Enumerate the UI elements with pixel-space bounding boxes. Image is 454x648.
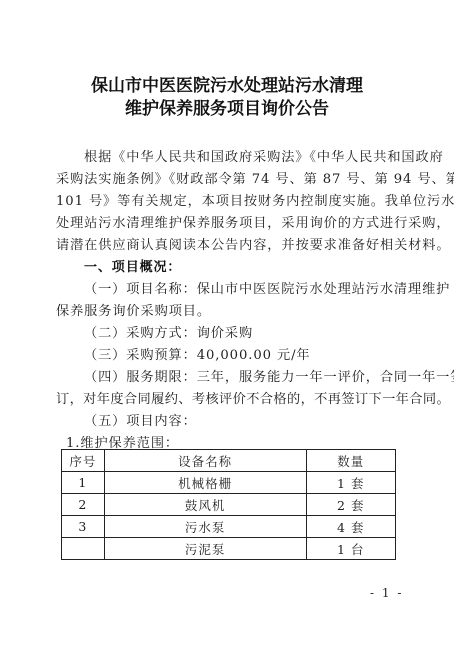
cell-serial [62,538,105,560]
header-quantity: 数量 [306,450,396,472]
cell-serial: 2 [62,494,105,516]
intro-line-5: 请潜在供应商认真阅读本公告内容，并按要求准备好相关材料。 [56,235,402,257]
item-project-name-line-2: 保养服务询价采购项目。 [56,301,402,323]
header-equipment-name: 设备名称 [104,450,306,472]
document-title: 保山市中医医院污水处理站污水清理 维护保养服务项目询价公告 [0,75,454,121]
intro-line-2: 采购法实施条例》《财政部令第 74 号、第 87 号、第 94 号、第 [56,169,402,191]
intro-line-3: 101 号》等有关规定，本项目按财务内控制度实施。我单位污水 [56,191,402,213]
page-number: - 1 - [370,586,403,600]
document-page: 保山市中医医院污水处理站污水清理 维护保养服务项目询价公告 根据《中华人民共和国… [0,0,454,648]
cell-quantity: 1 台 [306,538,396,560]
cell-equipment-name: 污泥泵 [104,538,306,560]
item-project-name-line-1: （一）项目名称：保山市中医医院污水处理站污水清理维护 [56,279,402,301]
table-row: 2 鼓风机 2 套 [62,494,396,516]
cell-equipment-name: 污水泵 [104,516,306,538]
header-serial: 序号 [62,450,105,472]
intro-line-1: 根据《中华人民共和国政府采购法》《中华人民共和国政府 [56,147,402,169]
cell-equipment-name: 机械格栅 [104,472,306,494]
item-project-content: （五）项目内容： [56,411,402,433]
cell-equipment-name: 鼓风机 [104,494,306,516]
intro-line-4: 处理站污水清理维护保养服务项目，采用询价的方式进行采购， [56,213,402,235]
item-service-term-line-2: 订，对年度合同履约、考核评价不合格的，不再签订下一年合同。 [56,389,402,411]
section-project-overview: 一、项目概况： （一）项目名称：保山市中医医院污水处理站污水清理维护 保养服务询… [56,257,402,455]
table-header-row: 序号 设备名称 数量 [62,450,396,472]
intro-paragraph: 根据《中华人民共和国政府采购法》《中华人民共和国政府 采购法实施条例》《财政部令… [56,147,402,257]
cell-quantity: 1 套 [306,472,396,494]
table-row: 污泥泵 1 台 [62,538,396,560]
title-line-2: 维护保养服务项目询价公告 [0,98,454,121]
cell-quantity: 4 套 [306,516,396,538]
section-heading: 一、项目概况： [56,257,402,279]
cell-serial: 1 [62,472,105,494]
cell-serial: 3 [62,516,105,538]
table-row: 3 污水泵 4 套 [62,516,396,538]
item-service-term-line-1: （四）服务期限：三年，服务能力一年一评价，合同一年一签 [56,367,402,389]
maintenance-scope-table: 序号 设备名称 数量 1 机械格栅 1 套 2 鼓风机 2 套 3 污水泵 4 … [61,449,396,560]
item-procurement-budget: （三）采购预算：40,000.00 元/年 [56,345,402,367]
item-procurement-method: （二）采购方式：询价采购 [56,323,402,345]
cell-quantity: 2 套 [306,494,396,516]
title-line-1: 保山市中医医院污水处理站污水清理 [0,75,454,98]
table-row: 1 机械格栅 1 套 [62,472,396,494]
